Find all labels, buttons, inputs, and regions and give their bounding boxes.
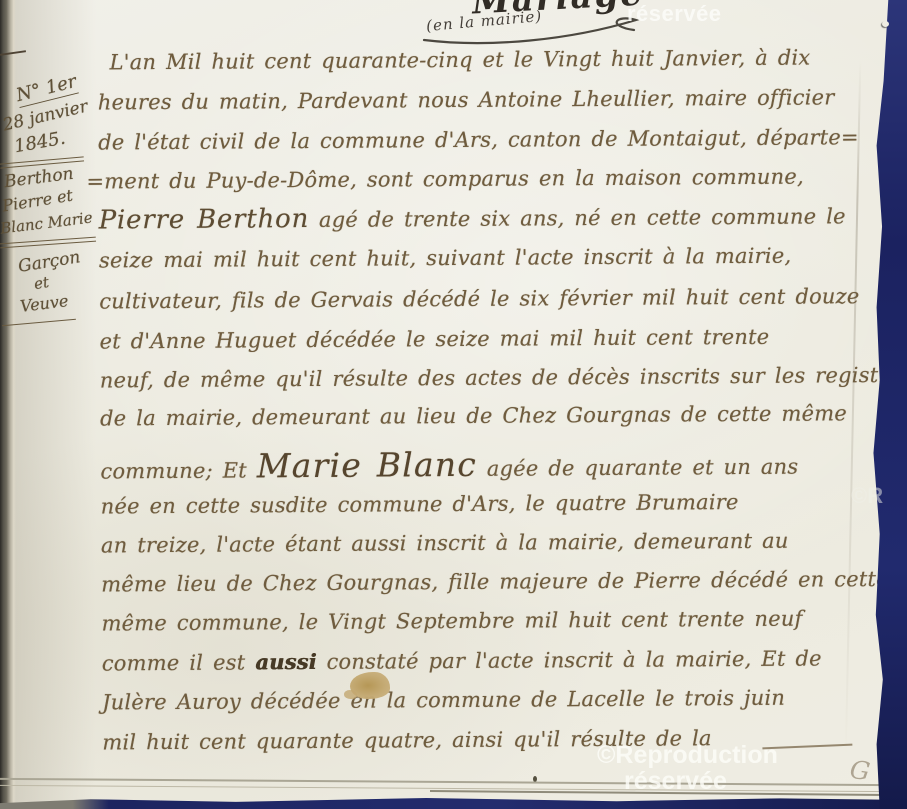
- body-line: née en cette susdite commune d'Ars, le q…: [101, 490, 739, 518]
- body-line-text: agé de trente six ans, né en cette commu…: [309, 204, 846, 232]
- body-line: Pierre Berthon agé de trente six ans, né…: [99, 200, 846, 235]
- body-line: cultivateur, fils de Gervais décédé le s…: [99, 284, 859, 313]
- body-line: de l'état civil de la commune d'Ars, can…: [98, 125, 859, 154]
- body-line: seize mai mil huit cent huit, suivant l'…: [99, 244, 791, 273]
- watermark-bottom-line1: ©Reproduction: [597, 741, 778, 770]
- body-line-text: agée de quarante et un ans: [477, 455, 798, 481]
- body-line: an treize, l'acte étant aussi inscrit à …: [101, 529, 789, 558]
- body-line-text: comme il est: [102, 650, 256, 675]
- body-line: neuf, de même qu'il résulte des actes de…: [100, 363, 907, 393]
- body-line: même commune, le Vingt Septembre mil hui…: [101, 607, 802, 636]
- body-line: commune; Et Marie Blanc agée de quarante…: [100, 443, 798, 487]
- body-line: Julère Auroy décédée en la commune de La…: [102, 686, 785, 715]
- ink-stain-small: [344, 690, 357, 699]
- body-line-text: constaté par l'acte inscrit à la mairie,…: [317, 646, 822, 674]
- bride-name: Marie Blanc: [257, 445, 478, 486]
- overwritten-word: aussi: [255, 649, 317, 674]
- watermark-bottom-line2: réservée: [624, 767, 727, 796]
- body-line: =ment du Puy-de-Dôme, sont comparus en l…: [86, 165, 804, 194]
- body-line-text: commune; Et: [100, 458, 256, 483]
- paper-hole: [882, 21, 889, 27]
- body-line: comme il est aussi constaté par l'acte i…: [102, 645, 822, 675]
- body-line: et d'Anne Huguet décédée le seize mai mi…: [99, 325, 769, 354]
- body-line: même lieu de Chez Gourgnas, fille majeur…: [101, 567, 889, 596]
- body-line: de la mairie, demeurant au lieu de Chez …: [100, 401, 847, 430]
- pen-flourish-mark: G: [848, 755, 872, 786]
- scanned-register-page: Mariage (en la mairie) N° 1er 28 janvier…: [0, 0, 907, 809]
- watermark-top-right: réservée: [627, 1, 722, 27]
- watermark-mid-right: ©R: [851, 483, 883, 509]
- body-line: L'an Mil huit cent quarante-cinq et le V…: [110, 46, 811, 75]
- body-line: heures du matin, Pardevant nous Antoine …: [98, 85, 835, 114]
- act-body: L'an Mil huit cent quarante-cinq et le V…: [0, 0, 907, 809]
- groom-name: Pierre Berthon: [99, 204, 310, 235]
